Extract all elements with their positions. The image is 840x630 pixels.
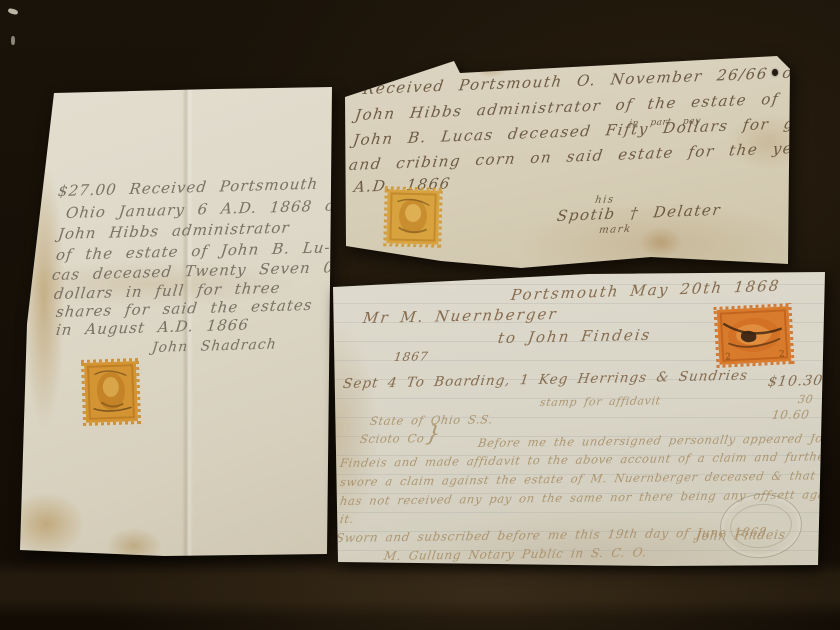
item-entry: stamp for affidavit (539, 395, 661, 408)
his-mark-below: mark (598, 225, 632, 236)
document-receipt-left: $27.00 Received Portsmouth Ohio January … (14, 84, 336, 558)
stamp-art: 2 2 (717, 306, 792, 365)
affidavit-line: it. (339, 514, 354, 526)
affidavit-line: Before me the undersigned personally app… (477, 433, 840, 450)
paper-speck (11, 36, 15, 45)
paper-speck (7, 8, 18, 16)
paper-sheet: Received Portsmouth O. November 26/66 of… (341, 52, 791, 277)
paper-sheet: Portsmouth May 20th 1868 Mr M. Nuernberg… (328, 266, 828, 568)
affidavit-line: swore a claim against the estate of M. N… (339, 470, 839, 488)
total-amount: 10.60 (771, 408, 810, 421)
revenue-stamp-icon: 2 2 (717, 306, 792, 365)
debtor-name: Mr M. Nuernberger (362, 307, 559, 326)
signature: John Shadrach (151, 338, 277, 355)
notary-line: M. Gullung Notary Public in S. C. O. (383, 546, 648, 562)
photo-canvas: $27.00 Received Portsmouth Ohio January … (0, 0, 840, 630)
document-account-bottom-right: Portsmouth May 20th 1868 Mr M. Nuernberg… (328, 266, 828, 568)
svg-text:2: 2 (779, 349, 785, 359)
affidavit-line: Findeis and made affidavit to the above … (339, 451, 832, 469)
paper-sheet: $27.00 Received Portsmouth Ohio January … (14, 84, 336, 558)
item-entry: Sept 4 To Boarding, 1 Keg Herrings & Sun… (342, 370, 749, 392)
header-date: Portsmouth May 20th 1868 (510, 279, 781, 303)
item-amount: 30 (797, 394, 814, 405)
revenue-stamp-icon (84, 361, 138, 423)
venue-county: Scioto Co (359, 433, 425, 445)
hole-punch-dot (772, 69, 778, 76)
handwriting-line: Ohio January 6 A.D. 1868 of (65, 198, 342, 221)
handwriting-line: in August A.D. 1866 (55, 318, 250, 338)
item-amount: $10.30 (767, 374, 824, 389)
his-mark-name: Spotib † Delater (556, 203, 722, 224)
document-receipt-top-right: Received Portsmouth O. November 26/66 of… (341, 52, 791, 277)
stamp-art (386, 189, 439, 244)
revenue-stamp-icon (386, 189, 439, 244)
handwriting-line: $27.00 Received Portsmouth (57, 177, 319, 199)
stamp-art (84, 361, 138, 423)
venue-brace: } (424, 424, 442, 446)
handwriting-line: John Hibbs administrator (57, 221, 290, 242)
creditor-name: to John Findeis (497, 328, 652, 346)
year-label: 1867 (393, 350, 429, 363)
svg-text:2: 2 (725, 352, 731, 362)
